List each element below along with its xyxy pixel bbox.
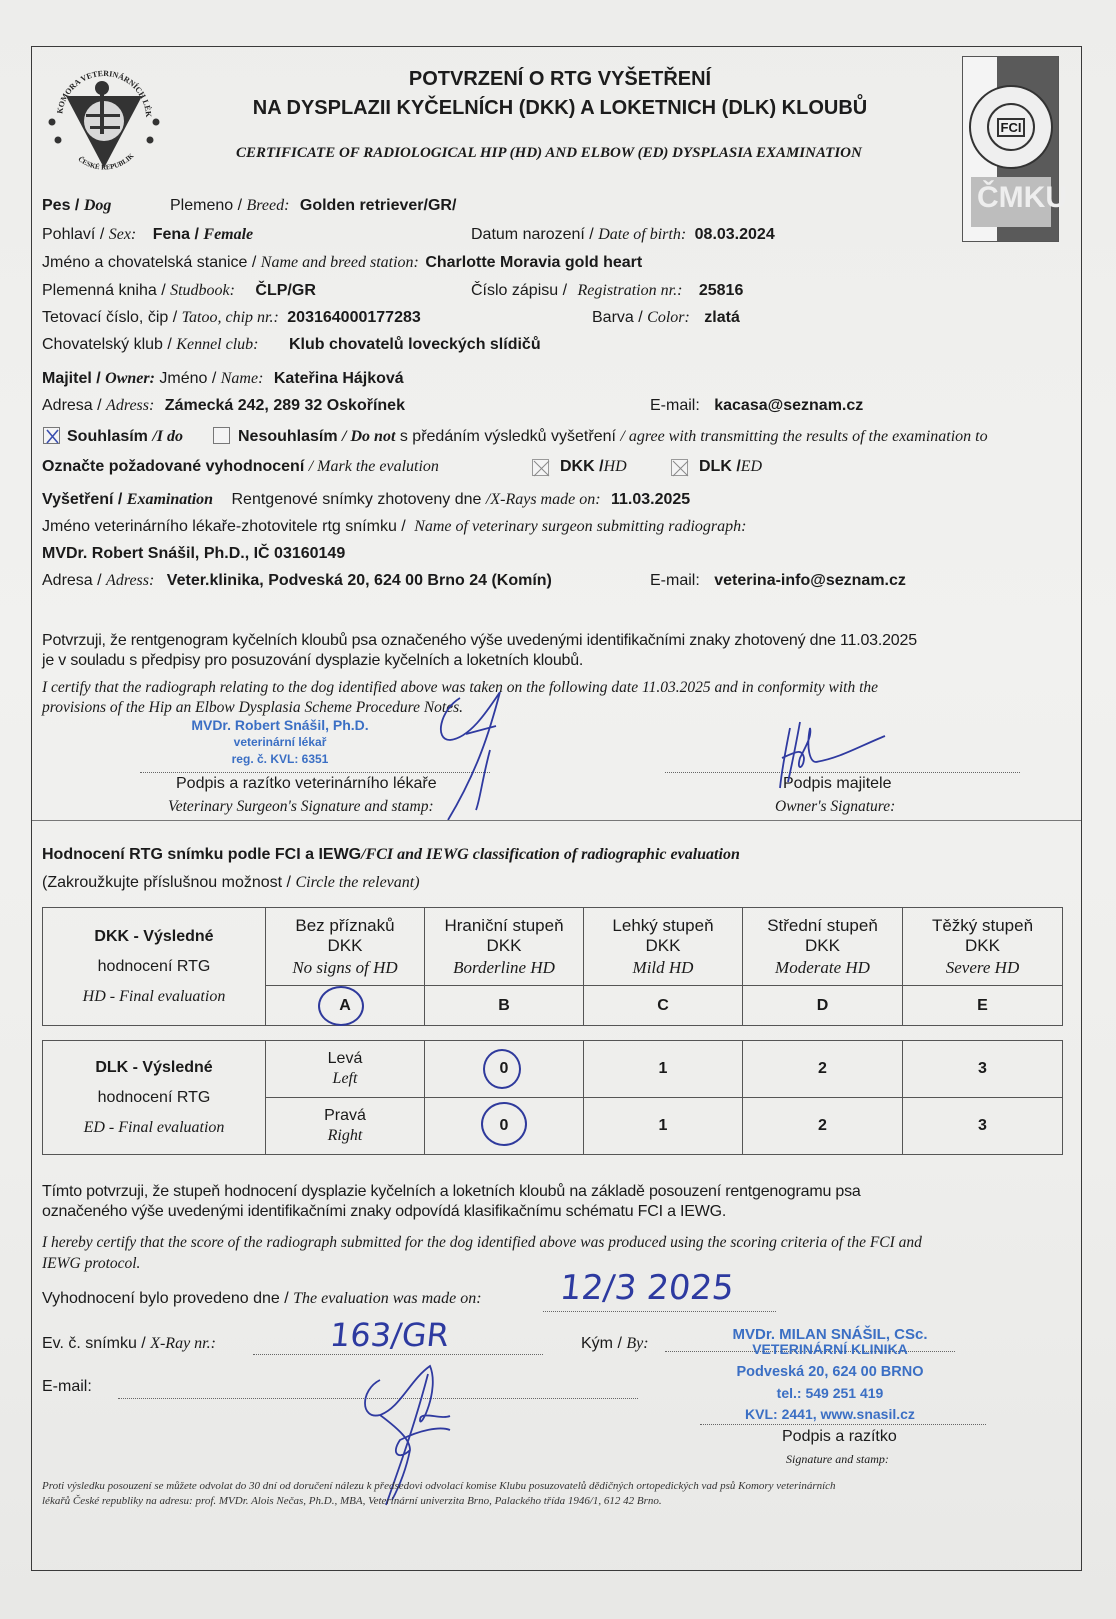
dob-value: 08.03.2024 <box>695 226 775 243</box>
certification-cz-line1: Potvrzuji, že rentgenogram kyčelních klo… <box>42 632 917 650</box>
vet-address-row: Adresa / Adress: Veter.klinika, Podveská… <box>42 572 552 590</box>
registration-value: 25816 <box>699 282 744 299</box>
final-cz-line2: označeného výše uvedenými identifikačním… <box>42 1203 726 1221</box>
dkk-label: DKK /HD <box>560 458 627 476</box>
breed-value: Golden retriever/GR/ <box>300 197 457 214</box>
classification-instruction: (Zakroužkujte příslušnou možnost / Circl… <box>42 874 420 892</box>
owner-signature-icon <box>770 718 910 798</box>
owner-address-row: Adresa / Adress: Zámecká 242, 289 32 Osk… <box>42 397 405 415</box>
color-value: zlatá <box>704 309 740 326</box>
certification-cz-line2: je v souladu s předpisy pro posuzování d… <box>42 652 583 670</box>
disagree-checkbox[interactable] <box>213 427 230 444</box>
hd-grade-c[interactable]: C <box>584 986 743 1026</box>
ed-row-label: DLK - Výsledné hodnocení RTG ED - Final … <box>43 1041 266 1155</box>
vet-name-value: MVDr. Robert Snášil, Ph.D., IČ 03160149 <box>42 545 345 563</box>
studbook-value: ČLP/GR <box>255 282 315 299</box>
hd-evaluation-table: DKK - Výsledné hodnocení RTG HD - Final … <box>42 907 1063 1026</box>
hd-col-header: Těžký stupeňDKKSevere HD <box>903 908 1063 986</box>
dob-row: Datum narození / Date of birth: 08.03.20… <box>471 226 775 244</box>
eval-date-label: Vyhodnocení bylo provedeno dne / The eva… <box>42 1290 482 1308</box>
chip-row: Tetovací číslo, čip / Tatoo, chip nr.: 2… <box>42 309 421 327</box>
vet-stamp: MVDr. Robert Snášil, Ph.D. veterinární l… <box>190 717 370 768</box>
registration-row: Číslo zápisu / Registration nr.: 25816 <box>471 282 743 300</box>
examination-row: Vyšetření / Examination Rentgenové snímk… <box>42 491 690 509</box>
ed-right-grade-0[interactable]: 0 <box>425 1098 584 1155</box>
clinic-signature-line <box>700 1424 986 1425</box>
xray-nr-field[interactable] <box>253 1354 543 1355</box>
title-line-2: NA DYSPLAZII KYČELNÍCH (DKK) A LOKETNICH… <box>180 97 940 120</box>
hd-col-header: Hraniční stupeňDKKBorderline HD <box>425 908 584 986</box>
owner-address-value: Zámecká 242, 289 32 Oskořínek <box>165 397 405 414</box>
final-email-label: E-mail: <box>42 1378 92 1396</box>
mark-evaluation-label: Označte požadované vyhodnocení / Mark th… <box>42 458 439 476</box>
hd-col-header: Bez příznakůDKKNo signs of HD <box>266 908 425 986</box>
section-divider <box>32 820 1081 821</box>
breed-row: Plemeno / Breed: Golden retriever/GR/ <box>170 197 456 215</box>
hd-grade-e[interactable]: E <box>903 986 1063 1026</box>
hd-col-header: Střední stupeňDKKModerate HD <box>743 908 903 986</box>
owner-signature-label-en: Owner's Signature: <box>775 798 895 816</box>
cmku-logo-icon: ČMKU <box>971 177 1051 227</box>
dlk-checkbox[interactable] <box>671 459 688 476</box>
dog-section: Pes / Dog <box>42 197 111 215</box>
agree-checkbox[interactable] <box>43 427 60 444</box>
owner-email-row: E-mail: kacasa@seznam.cz <box>650 397 863 415</box>
dkk-checkbox[interactable] <box>532 459 549 476</box>
footnote-line2: lékařů České republiky na adresu: prof. … <box>42 1495 662 1507</box>
studbook-row: Plemenná kniha / Studbook: ČLP/GR <box>42 282 316 300</box>
agree-label: Souhlasím /I do <box>67 428 183 446</box>
selected-circle-icon <box>483 1049 521 1089</box>
dog-name-value: Charlotte Moravia gold heart <box>425 254 642 271</box>
selected-circle-icon <box>318 986 364 1026</box>
vet-signature-label: Podpis a razítko veterinárního lékaře <box>176 775 437 793</box>
owner-name-value: Kateřina Hájková <box>274 370 404 387</box>
fci-globe-emblem-icon: FCI ČMKU <box>962 56 1059 242</box>
vet-signature-icon <box>430 690 540 830</box>
ed-right-grade-1[interactable]: 1 <box>584 1098 743 1155</box>
disagree-label: Nesouhlasím / Do not s předáním výsledků… <box>238 428 988 446</box>
hd-row-label: DKK - Výsledné hodnocení RTG HD - Final … <box>43 908 266 1026</box>
eval-date-handwritten: 12/3 2025 <box>558 1268 736 1308</box>
ed-left-grade-3[interactable]: 3 <box>903 1041 1063 1098</box>
color-row: Barva / Color: zlatá <box>592 309 740 327</box>
ed-right-grade-3[interactable]: 3 <box>903 1098 1063 1155</box>
veterinary-chamber-emblem-icon: KOMORA VETERINÁRNÍCH LÉKAŘŮ ČESKÉ REPUBL… <box>44 56 164 176</box>
footnote-line1: Proti výsledku posouzení se můžete odvol… <box>42 1480 836 1492</box>
by-label: Kým / By: <box>581 1335 649 1353</box>
ed-evaluation-table: DLK - Výsledné hodnocení RTG ED - Final … <box>42 1040 1063 1155</box>
hd-grade-a[interactable]: A <box>266 986 425 1026</box>
xray-nr-label: Ev. č. snímku / X-Ray nr.: <box>42 1335 216 1353</box>
ed-right-label: PraváRight <box>266 1098 425 1155</box>
subtitle: CERTIFICATE OF RADIOLOGICAL HIP (HD) AND… <box>236 145 862 162</box>
vet-email-value: veterina-info@seznam.cz <box>714 572 906 589</box>
club-value: Klub chovatelů loveckých slídičů <box>289 336 541 353</box>
final-en-line2: IEWG protocol. <box>42 1255 140 1273</box>
vet-label-row: Jméno veterinárního lékaře-zhotovitele r… <box>42 518 746 536</box>
ed-right-grade-2[interactable]: 2 <box>743 1098 903 1155</box>
chip-value: 203164000177283 <box>287 309 420 326</box>
hd-grade-d[interactable]: D <box>743 986 903 1026</box>
vet-address-value: Veter.klinika, Podveská 20, 624 00 Brno … <box>167 572 552 589</box>
ed-left-grade-1[interactable]: 1 <box>584 1041 743 1098</box>
title-line-1: POTVRZENÍ O RTG VYŠETŘENÍ <box>180 68 940 91</box>
vet-signature-label-en: Veterinary Surgeon's Signature and stamp… <box>168 798 434 816</box>
selected-circle-icon <box>481 1102 527 1146</box>
vet-email-row: E-mail: veterina-info@seznam.cz <box>650 572 906 590</box>
fci-label: FCI <box>997 118 1026 137</box>
owner-email-value: kacasa@seznam.cz <box>714 397 863 414</box>
sex-row: Pohlaví / Sex: Fena / Female <box>42 226 253 244</box>
certification-en-line2: provisions of the Hip an Elbow Dysplasia… <box>42 699 463 717</box>
ed-left-grade-0[interactable]: 0 <box>425 1041 584 1098</box>
final-cz-line1: Tímto potvrzuji, že stupeň hodnocení dys… <box>42 1183 861 1201</box>
clinic-signature-label-en: Signature and stamp: <box>786 1452 889 1467</box>
final-en-line1: I hereby certify that the score of the r… <box>42 1234 922 1252</box>
xray-date-value: 11.03.2025 <box>611 491 690 508</box>
eval-date-field[interactable] <box>543 1311 776 1312</box>
clinic-stamp: MVDr. MILAN SNÁŠIL, CSc. VETERINÁRNÍ KLI… <box>700 1324 960 1425</box>
ed-left-grade-2[interactable]: 2 <box>743 1041 903 1098</box>
hd-grade-b[interactable]: B <box>425 986 584 1026</box>
hd-col-header: Lehký stupeňDKKMild HD <box>584 908 743 986</box>
classification-title: Hodnocení RTG snímku podle FCI a IEWG/FC… <box>42 846 740 864</box>
xray-nr-handwritten: 163/GR <box>328 1316 451 1354</box>
club-row: Chovatelský klub / Kennel club: Klub cho… <box>42 336 541 354</box>
dlk-label: DLK /ED <box>699 458 762 476</box>
ed-left-label: LeváLeft <box>266 1041 425 1098</box>
owner-row: Majitel / Owner: Jméno / Name: Kateřina … <box>42 370 404 388</box>
clinic-signature-label: Podpis a razítko <box>782 1428 897 1446</box>
certificate-page: KOMORA VETERINÁRNÍCH LÉKAŘŮ ČESKÉ REPUBL… <box>0 0 1116 1619</box>
name-row: Jméno a chovatelská stanice / Name and b… <box>42 254 642 272</box>
